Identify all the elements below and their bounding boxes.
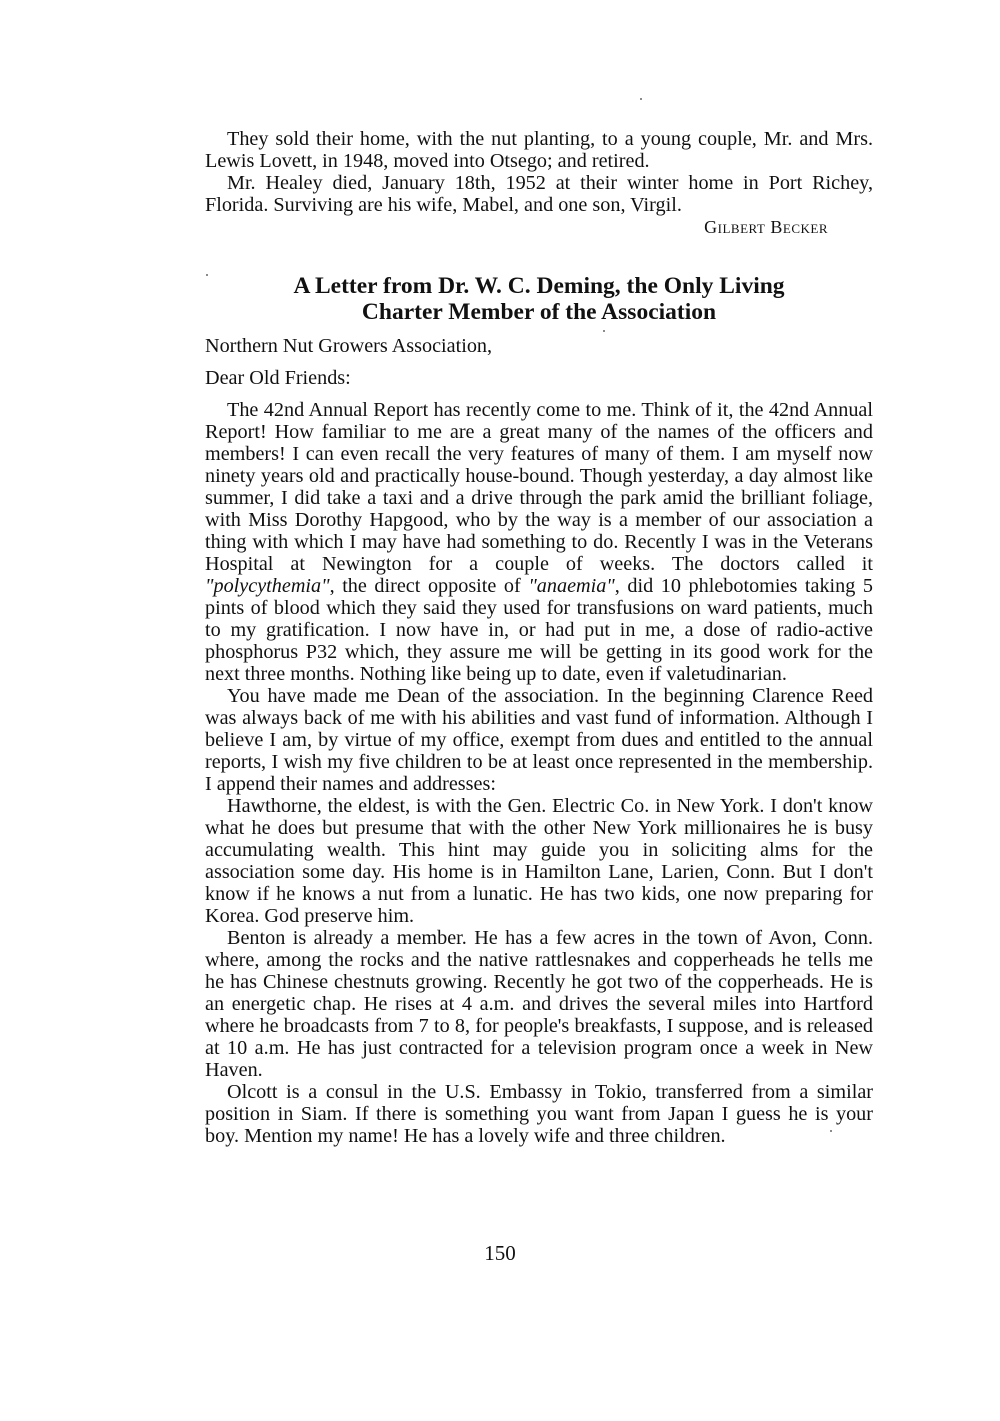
letter-paragraph-1: The 42nd Annual Report has recently come…: [205, 399, 873, 685]
page-number: 150: [0, 1241, 1000, 1266]
scan-speck: [830, 1130, 832, 1132]
letter-paragraph-3: Hawthorne, the eldest, is with the Gen. …: [205, 795, 873, 927]
page-body: They sold their home, with the nut plant…: [205, 128, 873, 1147]
p1-text-a: The 42nd Annual Report has recently come…: [205, 399, 873, 575]
letter-salutation: Dear Old Friends:: [205, 367, 873, 389]
letter-addressee: Northern Nut Growers Association,: [205, 335, 873, 357]
letter-title-line-2: Charter Member of the Association: [205, 299, 873, 325]
letter-paragraph-4: Benton is already a member. He has a few…: [205, 927, 873, 1081]
obituary-paragraph-1: They sold their home, with the nut plant…: [205, 128, 873, 172]
p1-italic-polycythemia: "polycythemia": [205, 575, 330, 597]
letter-paragraph-2: You have made me Dean of the association…: [205, 685, 873, 795]
obituary-paragraph-2: Mr. Healey died, January 18th, 1952 at t…: [205, 172, 873, 216]
letter-title: A Letter from Dr. W. C. Deming, the Only…: [205, 273, 873, 325]
p1-italic-anaemia: "anaemia": [528, 575, 614, 597]
scan-speck: [603, 330, 605, 332]
scan-speck: [206, 274, 208, 276]
author-signature: Gilbert Becker: [205, 216, 873, 238]
letter-title-line-1: A Letter from Dr. W. C. Deming, the Only…: [205, 273, 873, 299]
scan-speck: [640, 98, 642, 100]
letter-paragraph-5: Olcott is a consul in the U.S. Embassy i…: [205, 1081, 873, 1147]
p1-text-b: , the direct opposite of: [330, 575, 529, 597]
